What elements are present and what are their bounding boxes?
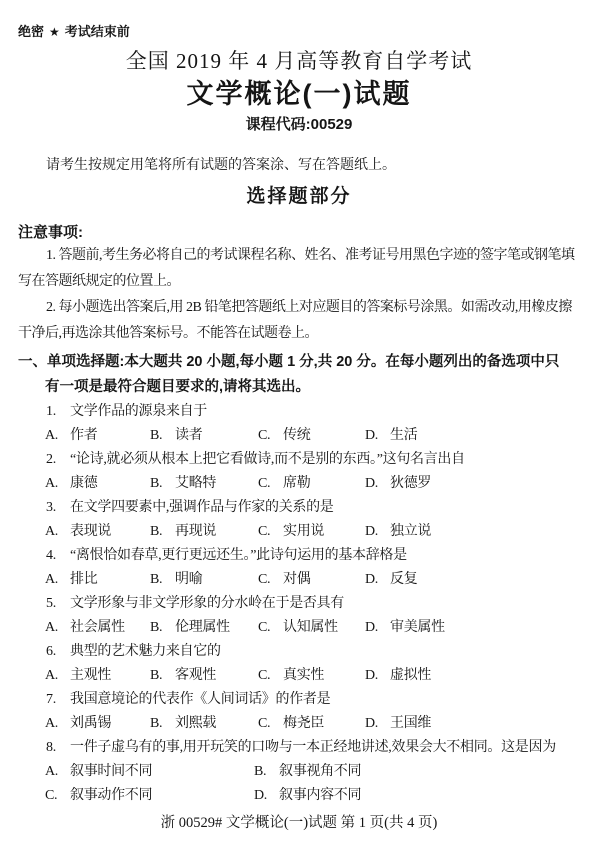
option-a: A.刘禹锡 [45, 712, 150, 736]
option-text: 审美属性 [390, 620, 445, 635]
option-text: 反复 [390, 572, 417, 587]
option-text: 作者 [70, 428, 97, 443]
option-b: B.艾略特 [150, 472, 258, 496]
question-options: A.表现说 B.再现说 C.实用说 D.独立说 [45, 520, 580, 544]
section-title: 选择题部分 [18, 185, 580, 209]
exam-paper-page: 绝密★考试结束前 全国 2019 年 4 月高等教育自学考试 文学概论(一)试题… [0, 0, 598, 852]
option-label: A. [45, 424, 63, 448]
option-text: 社会属性 [70, 620, 125, 635]
star-icon: ★ [49, 25, 60, 39]
question-1: 1.文学作品的源泉来自于 A.作者 B.读者 C.传统 D.生活 [18, 400, 580, 448]
option-label: A. [45, 520, 63, 544]
option-label: D. [365, 424, 383, 448]
question-number: 1. [46, 400, 63, 424]
option-text: 狄德罗 [390, 476, 431, 491]
option-text: 实用说 [283, 524, 324, 539]
option-label: D. [365, 616, 383, 640]
option-label: C. [258, 520, 276, 544]
question-options: A.作者 B.读者 C.传统 D.生活 [45, 424, 580, 448]
option-label: A. [45, 616, 63, 640]
question-6: 6.典型的艺术魅力来自它的 A.主观性 B.客观性 C.真实性 D.虚拟性 [18, 640, 580, 688]
question-stem-text: 文学形象与非文学形象的分水岭在于是否具有 [70, 596, 344, 611]
option-d: D.反复 [365, 568, 580, 592]
option-a: A.康德 [45, 472, 150, 496]
option-a: A.排比 [45, 568, 150, 592]
question-3: 3.在文学四要素中,强调作品与作家的关系的是 A.表现说 B.再现说 C.实用说… [18, 496, 580, 544]
option-d: D.叙事内容不同 [254, 784, 580, 808]
question-options: A.排比 B.明喻 C.对偶 D.反复 [45, 568, 580, 592]
question-options: A.刘禹锡 B.刘熙载 C.梅尧臣 D.王国维 [45, 712, 580, 736]
question-8: 8.一件子虚乌有的事,用开玩笑的口吻与一本正经地讲述,效果会大不相同。这是因为 … [18, 736, 580, 808]
question-stem: 3.在文学四要素中,强调作品与作家的关系的是 [18, 496, 580, 520]
option-c: C.席勒 [258, 472, 365, 496]
option-label: B. [254, 760, 272, 784]
question-2: 2.“论诗,就必须从根本上把它看做诗,而不是别的东西。”这句名言出自 A.康德 … [18, 448, 580, 496]
question-stem: 5.文学形象与非文学形象的分水岭在于是否具有 [18, 592, 580, 616]
option-text: 独立说 [390, 524, 431, 539]
part-one-heading: 一、单项选择题:本大题共 20 小题,每小题 1 分,共 20 分。在每小题列出… [18, 350, 580, 400]
option-d: D.审美属性 [365, 616, 580, 640]
option-b: B.伦理属性 [150, 616, 258, 640]
option-text: 王国维 [390, 716, 431, 731]
option-a: A.主观性 [45, 664, 150, 688]
question-number: 2. [46, 448, 63, 472]
option-d: D.生活 [365, 424, 580, 448]
option-label: B. [150, 664, 168, 688]
option-label: C. [258, 712, 276, 736]
option-text: 叙事内容不同 [279, 788, 361, 803]
course-code: 课程代码:00529 [18, 115, 580, 135]
option-text: 席勒 [283, 476, 310, 491]
option-b: B.叙事视角不同 [254, 760, 580, 784]
question-number: 8. [46, 736, 63, 760]
option-text: 表现说 [70, 524, 111, 539]
option-text: 再现说 [175, 524, 216, 539]
option-text: 客观性 [175, 668, 216, 683]
secrecy-line: 绝密★考试结束前 [18, 0, 580, 39]
question-stem-text: 我国意境论的代表作《人间词话》的作者是 [70, 692, 330, 707]
question-options: A.康德 B.艾略特 C.席勒 D.狄德罗 [45, 472, 580, 496]
option-d: D.虚拟性 [365, 664, 580, 688]
question-options: A.社会属性 B.伦理属性 C.认知属性 D.审美属性 [45, 616, 580, 640]
option-label: D. [365, 568, 383, 592]
question-5: 5.文学形象与非文学形象的分水岭在于是否具有 A.社会属性 B.伦理属性 C.认… [18, 592, 580, 640]
option-label: D. [365, 664, 383, 688]
question-options: A.叙事时间不同 B.叙事视角不同 C.叙事动作不同 D.叙事内容不同 [45, 760, 580, 808]
option-label: C. [258, 616, 276, 640]
option-c: C.叙事动作不同 [45, 784, 254, 808]
option-b: B.再现说 [150, 520, 258, 544]
note-item-2: 2. 每小题选出答案后,用 2B 铅笔把答题纸上对应题目的答案标号涂黑。如需改动… [18, 295, 580, 347]
paper-title: 文学概论(一)试题 [18, 77, 580, 111]
option-text: 刘熙载 [175, 716, 216, 731]
secrecy-label: 绝密 [18, 24, 44, 39]
question-number: 7. [46, 688, 63, 712]
question-stem-text: “离恨恰如春草,更行更远还生。”此诗句运用的基本辞格是 [70, 548, 407, 563]
note-item-1: 1. 答题前,考生务必将自己的考试课程名称、姓名、准考证号用黑色字迹的签字笔或钢… [18, 243, 580, 295]
question-stem: 2.“论诗,就必须从根本上把它看做诗,而不是别的东西。”这句名言出自 [18, 448, 580, 472]
question-stem: 1.文学作品的源泉来自于 [18, 400, 580, 424]
question-options: A.主观性 B.客观性 C.真实性 D.虚拟性 [45, 664, 580, 688]
exam-phase-label: 考试结束前 [65, 24, 130, 39]
option-c: C.实用说 [258, 520, 365, 544]
option-text: 主观性 [70, 668, 111, 683]
question-4: 4.“离恨恰如春草,更行更远还生。”此诗句运用的基本辞格是 A.排比 B.明喻 … [18, 544, 580, 592]
option-text: 梅尧臣 [283, 716, 324, 731]
option-text: 认知属性 [283, 620, 338, 635]
question-stem-text: 在文学四要素中,强调作品与作家的关系的是 [70, 500, 334, 515]
option-label: C. [45, 784, 63, 808]
option-text: 排比 [70, 572, 97, 587]
answer-sheet-instruction: 请考生按规定用笔将所有试题的答案涂、写在答题纸上。 [18, 155, 580, 173]
option-a: A.表现说 [45, 520, 150, 544]
option-text: 叙事视角不同 [279, 764, 361, 779]
option-label: B. [150, 616, 168, 640]
option-label: A. [45, 712, 63, 736]
notes-heading: 注意事项: [18, 223, 580, 243]
option-label: B. [150, 520, 168, 544]
option-label: D. [254, 784, 272, 808]
option-text: 康德 [70, 476, 97, 491]
question-number: 3. [46, 496, 63, 520]
option-c: C.对偶 [258, 568, 365, 592]
option-text: 明喻 [175, 572, 202, 587]
option-label: C. [258, 424, 276, 448]
question-stem-text: 文学作品的源泉来自于 [70, 404, 207, 419]
option-text: 读者 [175, 428, 202, 443]
option-label: A. [45, 760, 63, 784]
question-number: 4. [46, 544, 63, 568]
question-stem: 7.我国意境论的代表作《人间词话》的作者是 [18, 688, 580, 712]
option-label: D. [365, 712, 383, 736]
option-c: C.真实性 [258, 664, 365, 688]
option-c: C.传统 [258, 424, 365, 448]
option-text: 刘禹锡 [70, 716, 111, 731]
option-label: A. [45, 664, 63, 688]
option-label: C. [258, 568, 276, 592]
option-label: A. [45, 568, 63, 592]
option-d: D.王国维 [365, 712, 580, 736]
option-d: D.狄德罗 [365, 472, 580, 496]
exam-title: 全国 2019 年 4 月高等教育自学考试 [18, 47, 580, 75]
question-7: 7.我国意境论的代表作《人间词话》的作者是 A.刘禹锡 B.刘熙载 C.梅尧臣 … [18, 688, 580, 736]
option-d: D.独立说 [365, 520, 580, 544]
option-a: A.叙事时间不同 [45, 760, 254, 784]
option-b: B.刘熙载 [150, 712, 258, 736]
option-label: B. [150, 568, 168, 592]
question-stem-text: 典型的艺术魅力来自它的 [70, 644, 221, 659]
option-text: 对偶 [283, 572, 310, 587]
option-c: C.认知属性 [258, 616, 365, 640]
question-stem: 4.“离恨恰如春草,更行更远还生。”此诗句运用的基本辞格是 [18, 544, 580, 568]
option-text: 传统 [283, 428, 310, 443]
option-label: B. [150, 424, 168, 448]
question-stem-text: 一件子虚乌有的事,用开玩笑的口吻与一本正经地讲述,效果会大不相同。这是因为 [70, 740, 556, 755]
option-label: D. [365, 472, 383, 496]
option-a: A.社会属性 [45, 616, 150, 640]
option-label: C. [258, 472, 276, 496]
option-b: B.明喻 [150, 568, 258, 592]
option-c: C.梅尧臣 [258, 712, 365, 736]
option-text: 叙事时间不同 [70, 764, 152, 779]
question-number: 6. [46, 640, 63, 664]
question-number: 5. [46, 592, 63, 616]
question-stem: 6.典型的艺术魅力来自它的 [18, 640, 580, 664]
option-text: 生活 [390, 428, 417, 443]
option-b: B.读者 [150, 424, 258, 448]
option-text: 真实性 [283, 668, 324, 683]
option-label: A. [45, 472, 63, 496]
option-text: 艾略特 [175, 476, 216, 491]
option-label: C. [258, 664, 276, 688]
page-footer: 浙 00529# 文学概论(一)试题 第 1 页(共 4 页) [0, 814, 598, 832]
option-label: B. [150, 472, 168, 496]
option-b: B.客观性 [150, 664, 258, 688]
option-label: B. [150, 712, 168, 736]
question-stem-text: “论诗,就必须从根本上把它看做诗,而不是别的东西。”这句名言出自 [70, 452, 465, 467]
option-text: 虚拟性 [390, 668, 431, 683]
question-stem: 8.一件子虚乌有的事,用开玩笑的口吻与一本正经地讲述,效果会大不相同。这是因为 [18, 736, 580, 760]
option-a: A.作者 [45, 424, 150, 448]
option-text: 叙事动作不同 [70, 788, 152, 803]
option-label: D. [365, 520, 383, 544]
option-text: 伦理属性 [175, 620, 230, 635]
